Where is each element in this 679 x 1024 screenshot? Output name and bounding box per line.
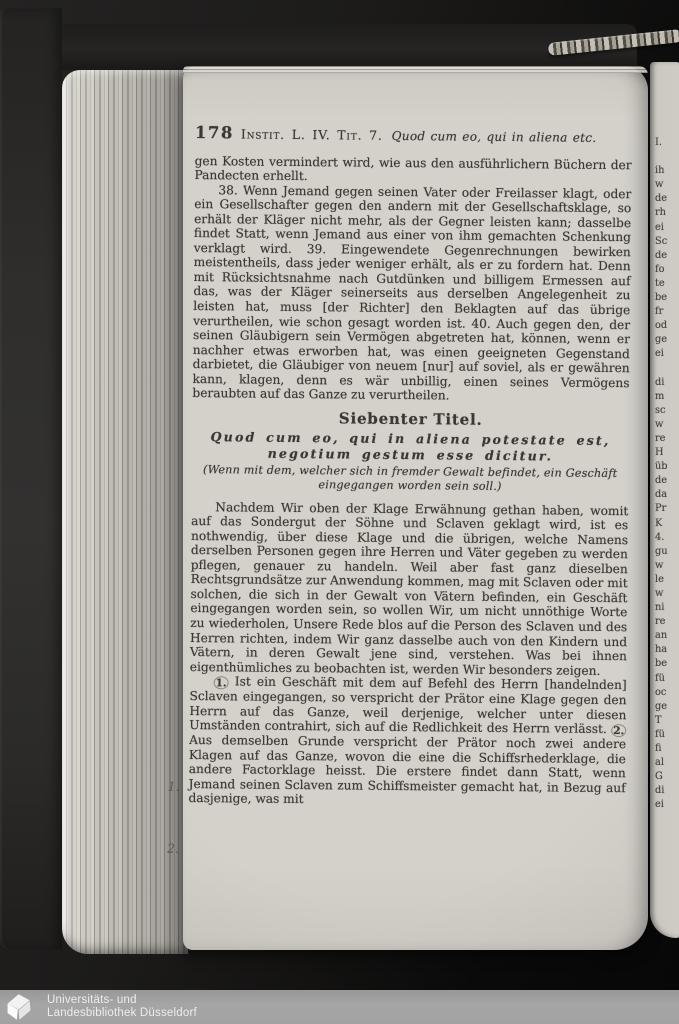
edge-text-fragment: di [655,784,679,798]
edge-text-fragment: oc [655,686,679,700]
circled-number-1: 1. [214,676,229,689]
watermark-text: Universitäts- und Landesbibliothek Düsse… [47,994,197,1021]
page-fore-edge-stack [62,70,188,954]
edge-text-fragment: T [655,714,679,728]
circled-number-2: 2. [611,724,626,737]
latin-title: Quod cum eo, qui in aliena potestate est… [192,429,629,464]
watermark-line2: Landesbibliothek Düsseldorf [47,1007,197,1021]
paragraph-1-text: Ist ein Geschäft mit dem auf Befehl des … [189,675,627,737]
handwritten-margin-note-1: 1. [168,780,180,795]
handwritten-margin-note-2: 2. [167,842,179,857]
watermark-line1: Universitäts- und [47,994,197,1008]
edge-text-fragment: be [655,291,679,305]
edge-text-fragment: de [655,249,679,263]
edge-text-fragment: re [655,432,679,446]
edge-text-fragment: fi [655,742,679,756]
page-header: 178 Instit. L. IV. Tit. 7. Quod cum eo, … [195,126,632,146]
library-watermark-bar: Universitäts- und Landesbibliothek Düsse… [0,990,679,1024]
book-page: 178 Instit. L. IV. Tit. 7. Quod cum eo, … [183,66,648,950]
edge-text-fragment: fü [655,728,679,742]
page-text-block: 178 Instit. L. IV. Tit. 7. Quod cum eo, … [188,126,632,810]
edge-text-fragment: re [655,615,679,629]
paragraph-2-text: Aus demselben Grunde verspricht der Prät… [188,733,626,806]
header-running-title: Quod cum eo, qui in aliena etc. [392,129,597,146]
edge-text-fragment [655,362,679,376]
edge-text-fragment: ge [655,700,679,714]
edge-text-fragment: 4. [655,531,679,545]
edge-text-fragment: de [655,474,679,488]
edge-text-fragment: K [655,517,679,531]
edge-text-fragment: w [655,587,679,601]
edge-text-fragment: w [655,178,679,192]
edge-text-fragment: an [655,629,679,643]
edge-text-fragment: G [655,770,679,784]
edge-text-fragment: ni [655,601,679,615]
edge-text-fragment: di [655,376,679,390]
edge-text-fragment: fr [655,305,679,319]
edge-text-fragment: le [655,573,679,587]
next-page-text-fragments: I.ihwderheiScdefotebefrodgeeidimscwreHüb… [655,136,679,813]
edge-text-fragment: ha [655,643,679,657]
edge-text-fragment: od [655,319,679,333]
edge-text-fragment: ei [655,347,679,361]
edge-text-fragment: de [655,192,679,206]
paragraph-numbered: 1. Ist ein Geschäft mit dem auf Befehl d… [188,674,626,810]
edge-text-fragment: ei [655,798,679,812]
edge-text-fragment: ei [655,221,679,235]
edge-text-fragment: m [655,390,679,404]
edge-text-fragment: w [655,418,679,432]
edge-text-fragment: ih [655,164,679,178]
edge-text-fragment [655,150,679,164]
edge-text-fragment: I. [655,136,679,150]
edge-text-fragment: sc [655,404,679,418]
edge-text-fragment: da [655,488,679,502]
section-heading: Siebenter Titel. [192,410,629,429]
paragraph-continuation: gen Kosten vermindert wird, wie aus den … [194,154,631,187]
paragraph-nachdem: Nachdem Wir oben der Klage Erwähnung get… [190,500,629,679]
edge-text-fragment: fo [655,263,679,277]
translation-note: (Wenn mit dem, welcher sich in fremder G… [192,463,629,494]
edge-text-fragment: fü [655,672,679,686]
next-page-edge: I.ihwderheiScdefotebefrodgeeidimscwreHüb… [650,62,679,938]
edge-text-fragment: w [655,559,679,573]
edge-text-fragment: Pr [655,502,679,516]
page-number: 178 [195,126,234,141]
book-scan: 178 Instit. L. IV. Tit. 7. Quod cum eo, … [0,0,679,1024]
edge-text-fragment: al [655,756,679,770]
edge-text-fragment: üb [655,460,679,474]
edge-text-fragment: rh [655,206,679,220]
edge-text-fragment: Sc [655,235,679,249]
edge-text-fragment: gu [655,545,679,559]
ulb-open-book-icon [5,992,39,1022]
edge-text-fragment: ge [655,333,679,347]
paragraph-38-40: 38. Wenn Jemand gegen seinen Vater oder … [192,183,631,405]
book-cover-edge [0,8,62,950]
edge-text-fragment: H [655,446,679,460]
edge-text-fragment: be [655,657,679,671]
header-book-title: Instit. L. IV. Tit. 7. [241,127,383,143]
edge-text-fragment: te [655,277,679,291]
